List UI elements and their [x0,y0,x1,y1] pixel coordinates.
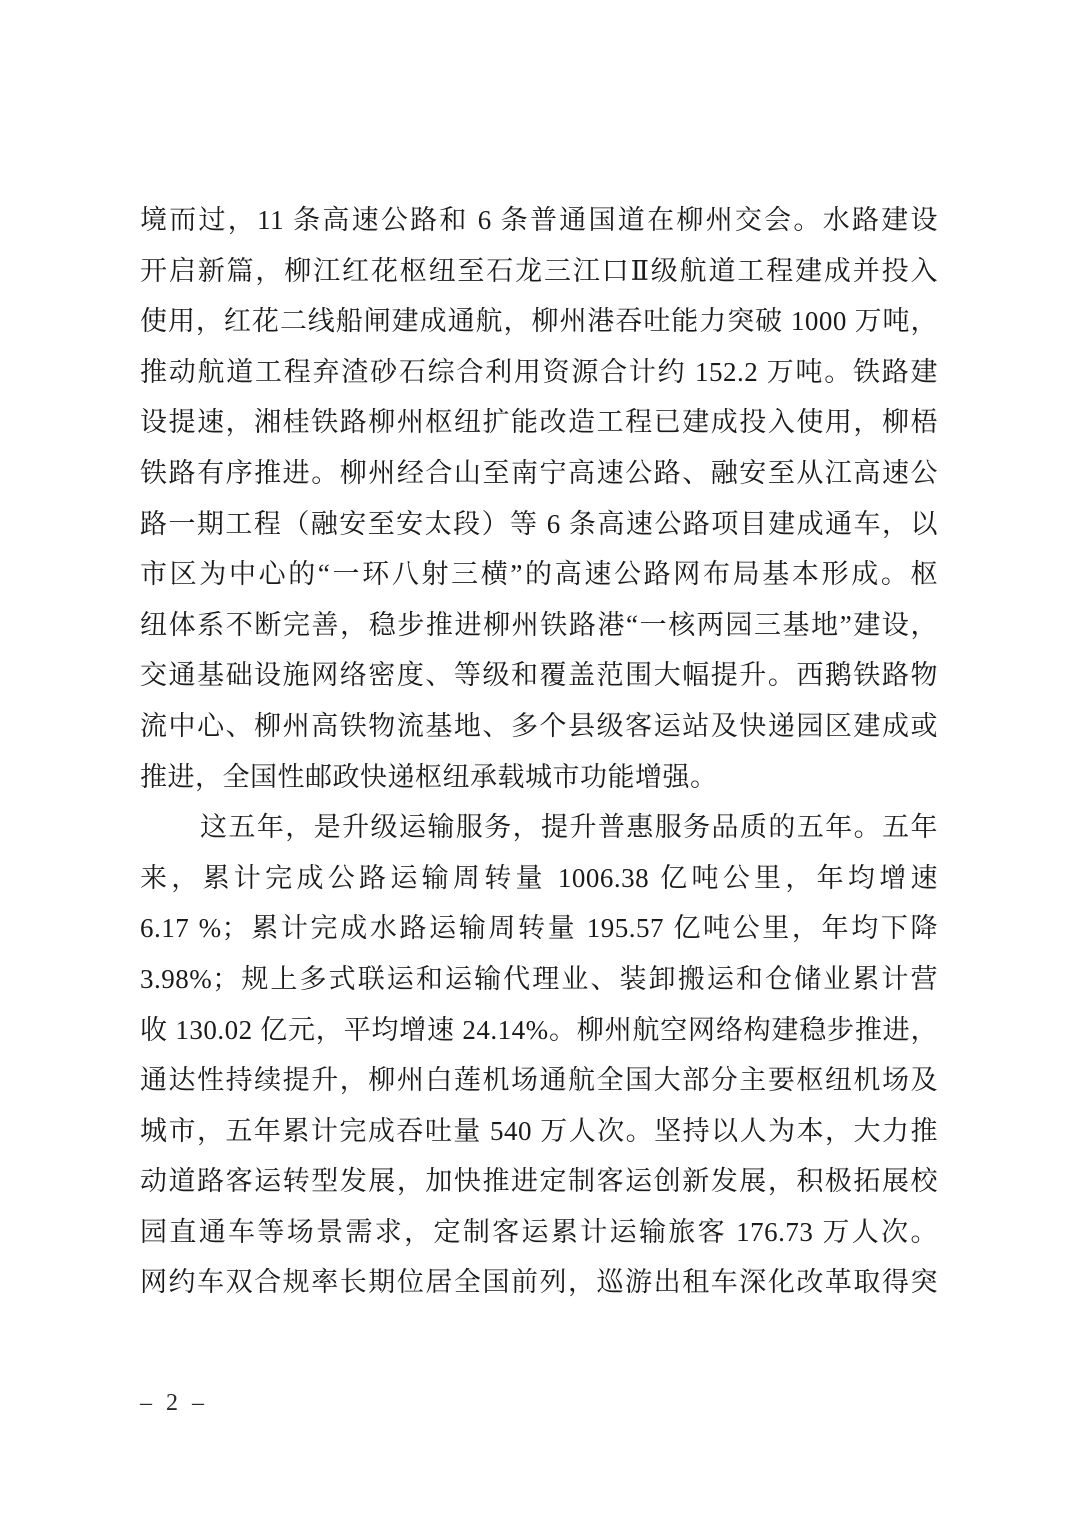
text-line: 铁路有序推进。柳州经合山至南宁高速公路、融安至从江高速公 [140,448,938,499]
text-line: 来，累计完成公路运输周转量 1006.38 亿吨公里，年均增速 [140,853,938,904]
text-line: 通达性持续提升，柳州白莲机场通航全国大部分主要枢纽机场及 [140,1055,938,1106]
text-line: 开启新篇，柳江红花枢纽至石龙三江口Ⅱ级航道工程建成并投入 [140,246,938,297]
text-line: 使用，红花二线船闸建成通航，柳州港吞吐能力突破 1000 万吨， [140,296,938,347]
body-text: 境而过，11 条高速公路和 6 条普通国道在柳州交会。水路建设 开启新篇，柳江红… [140,195,938,1308]
text-line: 收 130.02 亿元，平均增速 24.14%。柳州航空网络构建稳步推进， [140,1005,938,1056]
text-line: 网约车双合规率长期位居全国前列，巡游出租车深化改革取得突 [140,1257,938,1308]
text-line: 推进，全国性邮政快递枢纽承载城市功能增强。 [140,752,938,803]
text-line: 城市，五年累计完成吞吐量 540 万人次。坚持以人为本，大力推 [140,1106,938,1157]
paragraph: 这五年，是升级运输服务，提升普惠服务品质的五年。五年 来，累计完成公路运输周转量… [140,802,938,1308]
text-line: 路一期工程（融安至安太段）等 6 条高速公路项目建成通车，以 [140,499,938,550]
text-line: 纽体系不断完善，稳步推进柳州铁路港“一核两园三基地”建设， [140,600,938,651]
text-line: 市区为中心的“一环八射三横”的高速公路网布局基本形成。枢 [140,549,938,600]
text-line: 流中心、柳州高铁物流基地、多个县级客运站及快递园区建成或 [140,701,938,752]
text-line: 交通基础设施网络密度、等级和覆盖范围大幅提升。西鹅铁路物 [140,650,938,701]
text-line: 6.17 %；累计完成水路运输周转量 195.57 亿吨公里，年均下降 [140,903,938,954]
text-line: 园直通车等场景需求，定制客运累计运输旅客 176.73 万人次。 [140,1207,938,1258]
text-line: 3.98%；规上多式联运和运输代理业、装卸搬运和仓储业累计营 [140,954,938,1005]
text-line: 推动航道工程弃渣砂石综合利用资源合计约 152.2 万吨。铁路建 [140,347,938,398]
text-line: 动道路客运转型发展，加快推进定制客运创新发展，积极拓展校 [140,1156,938,1207]
text-line: 设提速，湘桂铁路柳州枢纽扩能改造工程已建成投入使用，柳梧 [140,397,938,448]
text-line: 这五年，是升级运输服务，提升普惠服务品质的五年。五年 [140,802,938,853]
document-page: 境而过，11 条高速公路和 6 条普通国道在柳州交会。水路建设 开启新篇，柳江红… [0,0,1074,1520]
paragraph: 境而过，11 条高速公路和 6 条普通国道在柳州交会。水路建设 开启新篇，柳江红… [140,195,938,802]
page-number: – 2 – [140,1390,208,1417]
text-line: 境而过，11 条高速公路和 6 条普通国道在柳州交会。水路建设 [140,195,938,246]
